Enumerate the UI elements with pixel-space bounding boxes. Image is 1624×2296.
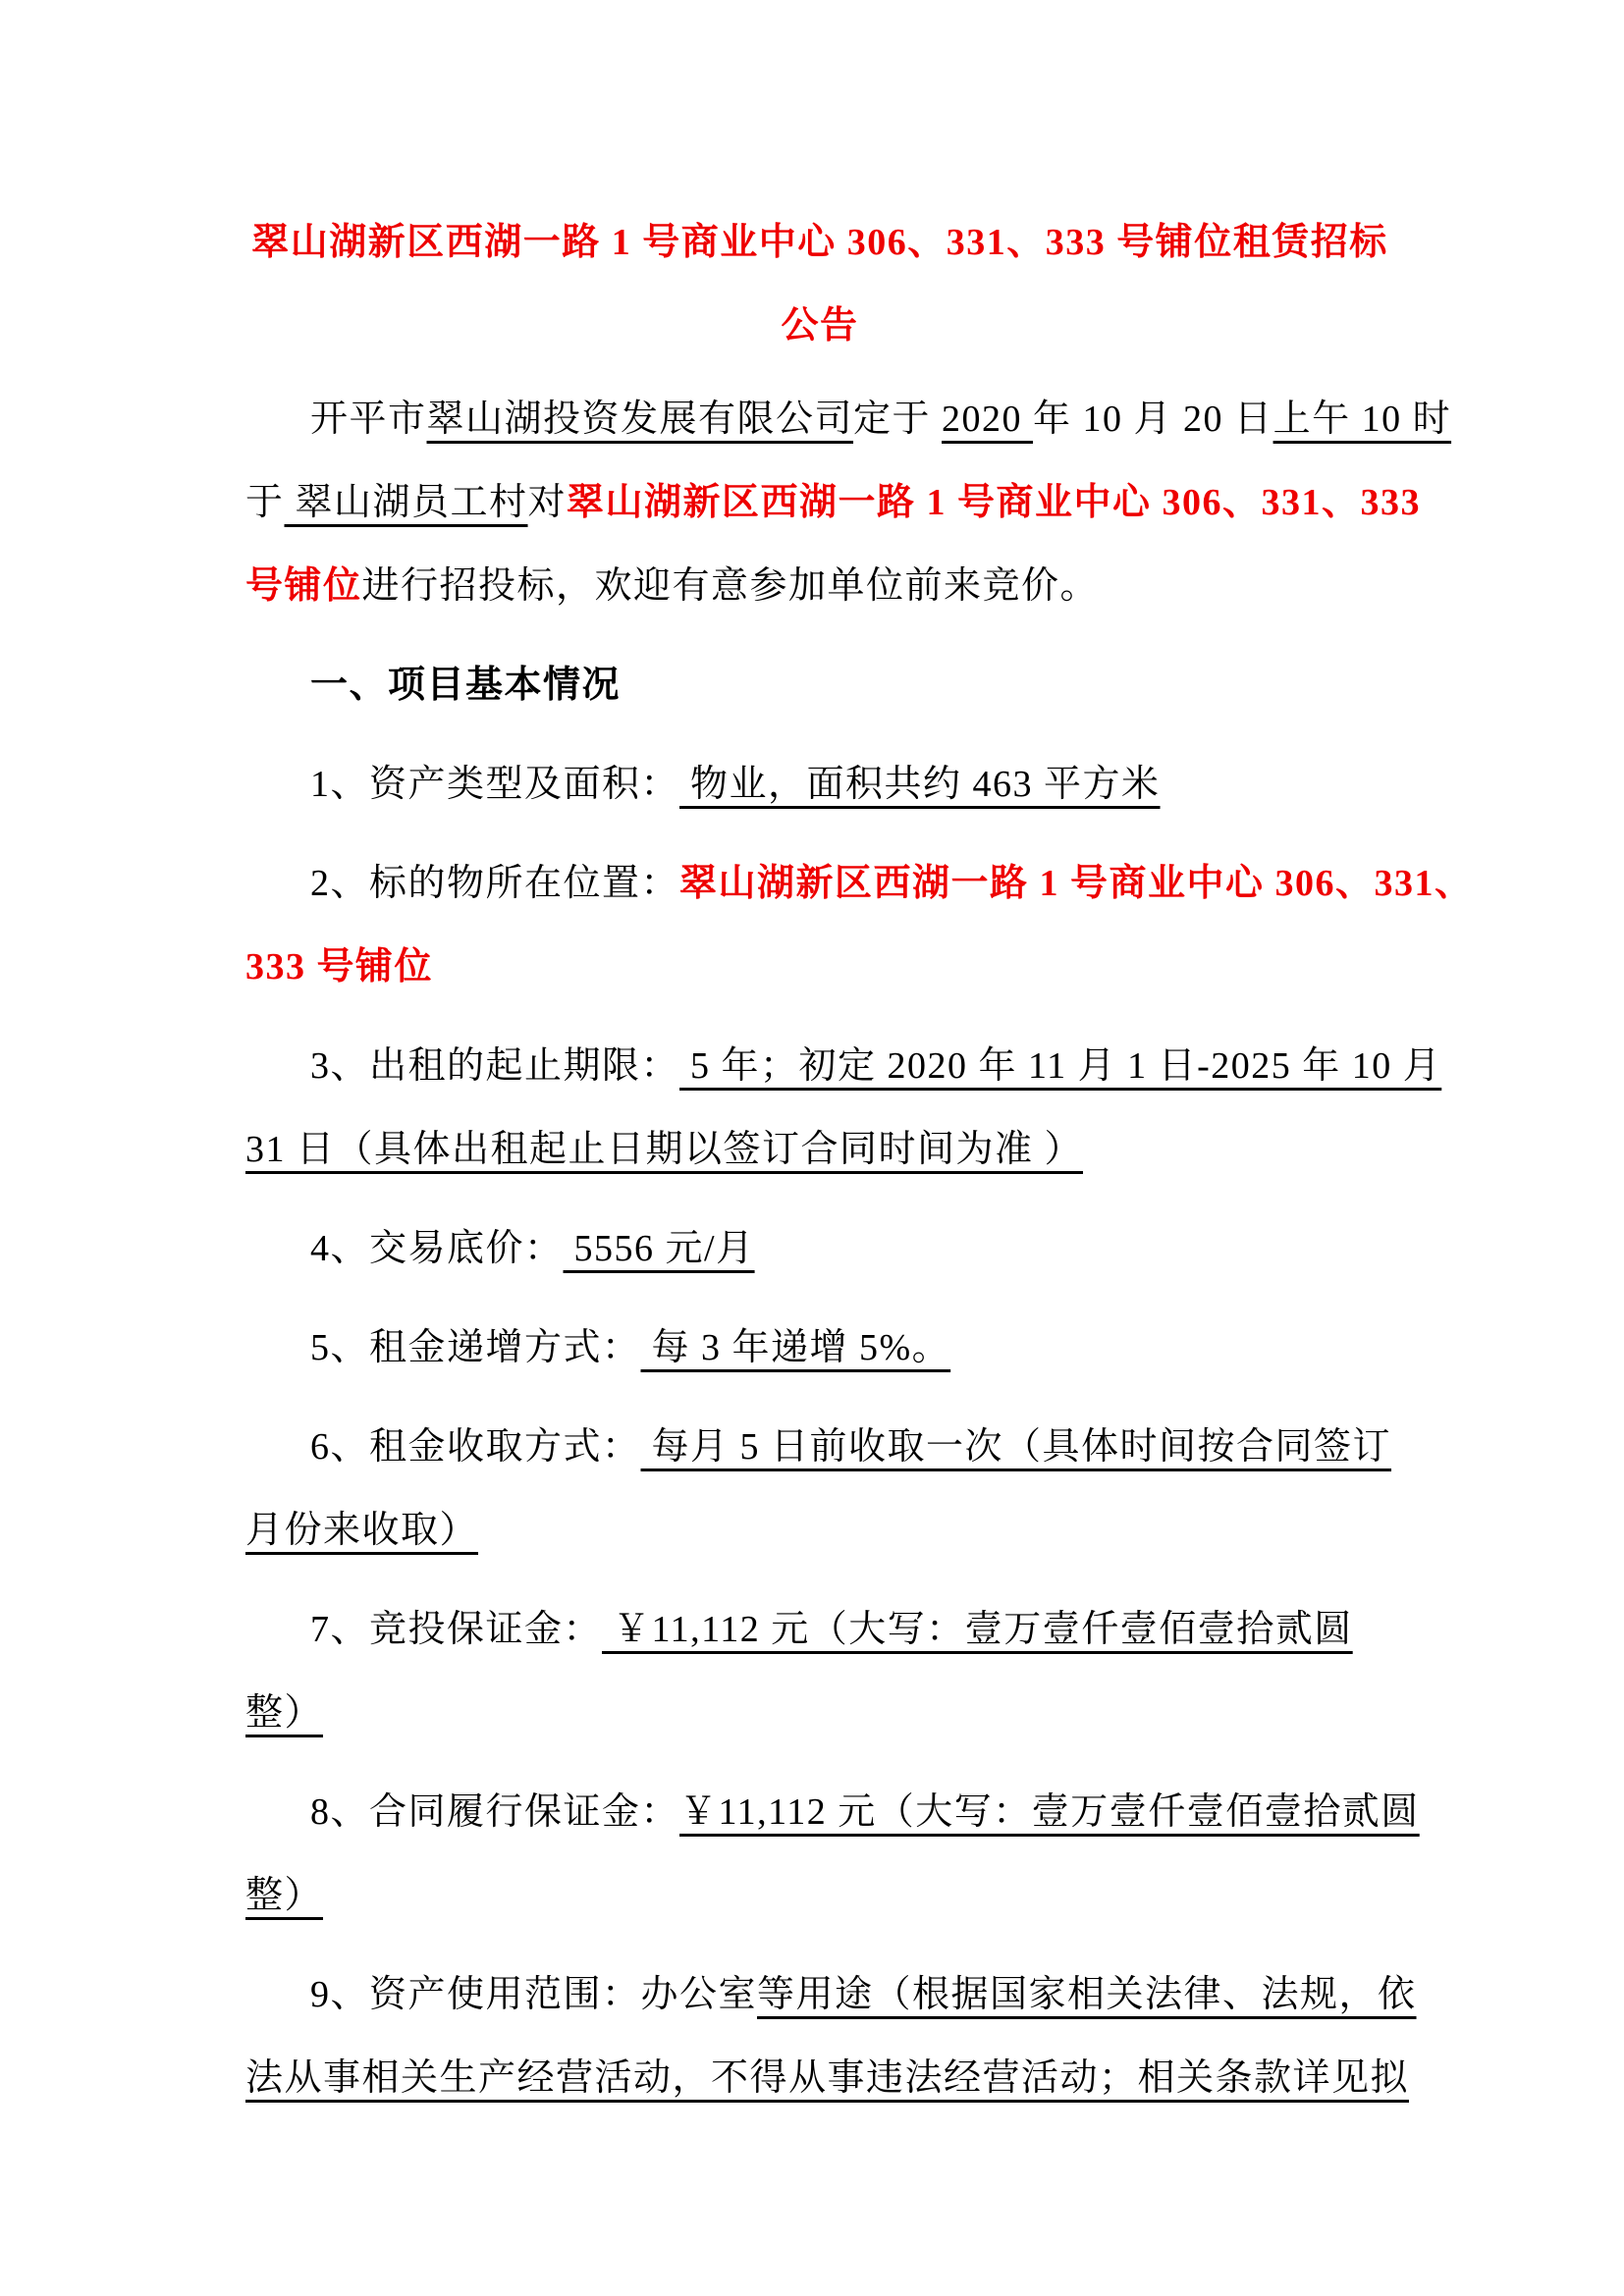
item-7-bid-deposit-line-1: 7、竞投保证金： ￥11,112 元（大写：壹万壹仟壹佰壹拾贰圆	[245, 1588, 1394, 1672]
item-3-lease-term: 3、出租的起止期限： 5 年；初定 2020 年 11 月 1 日-2025 年…	[245, 1025, 1394, 1192]
item-8-performance-deposit-line-2: 整）	[245, 1854, 1394, 1938]
item-3-lease-term-line-2: 31 日（具体出租起止日期以签订合同时间为准 ）	[245, 1108, 1394, 1192]
item-1-asset-type: 1、资产类型及面积： 物业，面积共约 463 平方米	[245, 743, 1394, 827]
document-title-text: 翠山湖新区西湖一路 1 号商业中心 306、331、333 号铺位租赁招标公告	[251, 222, 1388, 347]
text-segment: 翠山湖新区西湖一路 1 号商业中心 306、331、	[679, 863, 1474, 904]
text-segment: 2020	[942, 399, 1033, 440]
text-segment: 整）	[245, 1875, 323, 1916]
intro-paragraph-line-2: 于 翠山湖员工村对翠山湖新区西湖一路 1 号商业中心 306、331、333	[245, 461, 1394, 545]
text-segment: 物业，面积共约 463 平方米	[679, 764, 1161, 805]
item-6-rent-collection-line-1: 6、租金收取方式： 每月 5 日前收取一次（具体时间按合同签订	[245, 1406, 1394, 1489]
text-segment: 月份来收取）	[245, 1510, 478, 1551]
text-segment: 31 日（具体出租起止日期以签订合同时间为准 ）	[245, 1129, 1083, 1170]
text-segment: ￥11,112 元（大写：壹万壹仟壹佰壹拾贰圆	[679, 1791, 1420, 1833]
text-segment: 翠山湖新区西湖一路 1 号商业中心 306、331、333	[567, 482, 1421, 523]
document-title: 翠山湖新区西湖一路 1 号商业中心 306、331、333 号铺位租赁招标公告	[245, 201, 1394, 368]
text-segment: 对	[528, 482, 568, 523]
item-2-location: 2、标的物所在位置：翠山湖新区西湖一路 1 号商业中心 306、331、333 …	[245, 842, 1394, 1009]
text-segment: 333 号铺位	[245, 946, 433, 988]
document-page: 翠山湖新区西湖一路 1 号商业中心 306、331、333 号铺位租赁招标公告开…	[0, 0, 1624, 2296]
item-5-rent-increase: 5、租金递增方式： 每 3 年递增 5%。	[245, 1307, 1394, 1390]
text-segment: 8、合同履行保证金：	[310, 1791, 679, 1833]
text-segment: 4、交易底价：	[310, 1228, 564, 1269]
section-heading-basic-info-line-1: 一、项目基本情况	[245, 644, 1394, 727]
text-segment: 1、资产类型及面积：	[310, 764, 679, 805]
text-segment: 年 10 月 20 日	[1033, 399, 1273, 440]
item-9-usage-scope-line-2: 法从事相关生产经营活动，不得从事违法经营活动；相关条款详见拟	[245, 2037, 1394, 2120]
text-segment: 6、租金收取方式：	[310, 1426, 641, 1468]
text-segment: 9、资产使用范围：办公室	[310, 1974, 757, 2015]
text-segment: ￥11,112 元（大写：壹万壹仟壹佰壹拾贰圆	[602, 1609, 1353, 1650]
intro-paragraph: 开平市翠山湖投资发展有限公司定于 2020 年 10 月 20 日上午 10 时…	[245, 378, 1394, 628]
text-segment: 整）	[245, 1692, 323, 1734]
item-6-rent-collection: 6、租金收取方式： 每月 5 日前收取一次（具体时间按合同签订月份来收取）	[245, 1406, 1394, 1573]
text-segment: 翠山湖投资发展有限公司	[427, 399, 854, 440]
item-2-location-line-1: 2、标的物所在位置：翠山湖新区西湖一路 1 号商业中心 306、331、	[245, 842, 1394, 926]
text-segment: 5、租金递增方式：	[310, 1327, 641, 1368]
text-segment: 等用途（根据国家相关法律、法规，依	[757, 1974, 1417, 2015]
text-segment: 7、竞投保证金：	[310, 1609, 602, 1650]
text-segment: 3、出租的起止期限：	[310, 1045, 679, 1087]
item-3-lease-term-line-1: 3、出租的起止期限： 5 年；初定 2020 年 11 月 1 日-2025 年…	[245, 1025, 1394, 1108]
item-2-location-line-2: 333 号铺位	[245, 926, 1394, 1009]
document-title-line-1: 翠山湖新区西湖一路 1 号商业中心 306、331、333 号铺位租赁招标公告	[245, 201, 1394, 368]
item-8-performance-deposit-line-1: 8、合同履行保证金：￥11,112 元（大写：壹万壹仟壹佰壹拾贰圆	[245, 1771, 1394, 1854]
text-segment: 进行招投标，欢迎有意参加单位前来竞价。	[362, 565, 1100, 607]
document-content: 翠山湖新区西湖一路 1 号商业中心 306、331、333 号铺位租赁招标公告开…	[245, 201, 1394, 2120]
item-6-rent-collection-line-2: 月份来收取）	[245, 1489, 1394, 1573]
text-segment: 定于	[853, 399, 942, 440]
item-4-base-price: 4、交易底价： 5556 元/月	[245, 1207, 1394, 1291]
text-segment: 法从事相关生产经营活动，不得从事违法经营活动；相关条款详见拟	[245, 2057, 1409, 2099]
text-segment: 每 3 年递增 5%。	[641, 1327, 951, 1368]
item-8-performance-deposit: 8、合同履行保证金：￥11,112 元（大写：壹万壹仟壹佰壹拾贰圆整）	[245, 1771, 1394, 1938]
item-5-rent-increase-line-1: 5、租金递增方式： 每 3 年递增 5%。	[245, 1307, 1394, 1390]
item-1-asset-type-line-1: 1、资产类型及面积： 物业，面积共约 463 平方米	[245, 743, 1394, 827]
text-segment: 2、标的物所在位置：	[310, 863, 679, 904]
text-segment: 每月 5 日前收取一次（具体时间按合同签订	[641, 1426, 1392, 1468]
section-heading-basic-info: 一、项目基本情况	[245, 644, 1394, 727]
text-segment: 上午 10 时	[1273, 399, 1452, 440]
item-7-bid-deposit-line-2: 整）	[245, 1672, 1394, 1755]
intro-paragraph-line-1: 开平市翠山湖投资发展有限公司定于 2020 年 10 月 20 日上午 10 时	[245, 378, 1394, 461]
item-7-bid-deposit: 7、竞投保证金： ￥11,112 元（大写：壹万壹仟壹佰壹拾贰圆整）	[245, 1588, 1394, 1755]
item-9-usage-scope: 9、资产使用范围：办公室等用途（根据国家相关法律、法规，依法从事相关生产经营活动…	[245, 1953, 1394, 2120]
section-heading-text: 一、项目基本情况	[310, 665, 621, 706]
text-segment: 翠山湖员工村	[285, 482, 528, 523]
text-segment: 号铺位	[245, 565, 362, 607]
text-segment: 开平市	[310, 399, 427, 440]
item-4-base-price-line-1: 4、交易底价： 5556 元/月	[245, 1207, 1394, 1291]
item-9-usage-scope-line-1: 9、资产使用范围：办公室等用途（根据国家相关法律、法规，依	[245, 1953, 1394, 2037]
text-segment: 5 年；初定 2020 年 11 月 1 日-2025 年 10 月	[679, 1045, 1441, 1087]
text-segment: 5556 元/月	[564, 1228, 755, 1269]
intro-paragraph-line-3: 号铺位进行招投标，欢迎有意参加单位前来竞价。	[245, 545, 1394, 628]
text-segment: 于	[245, 482, 285, 523]
